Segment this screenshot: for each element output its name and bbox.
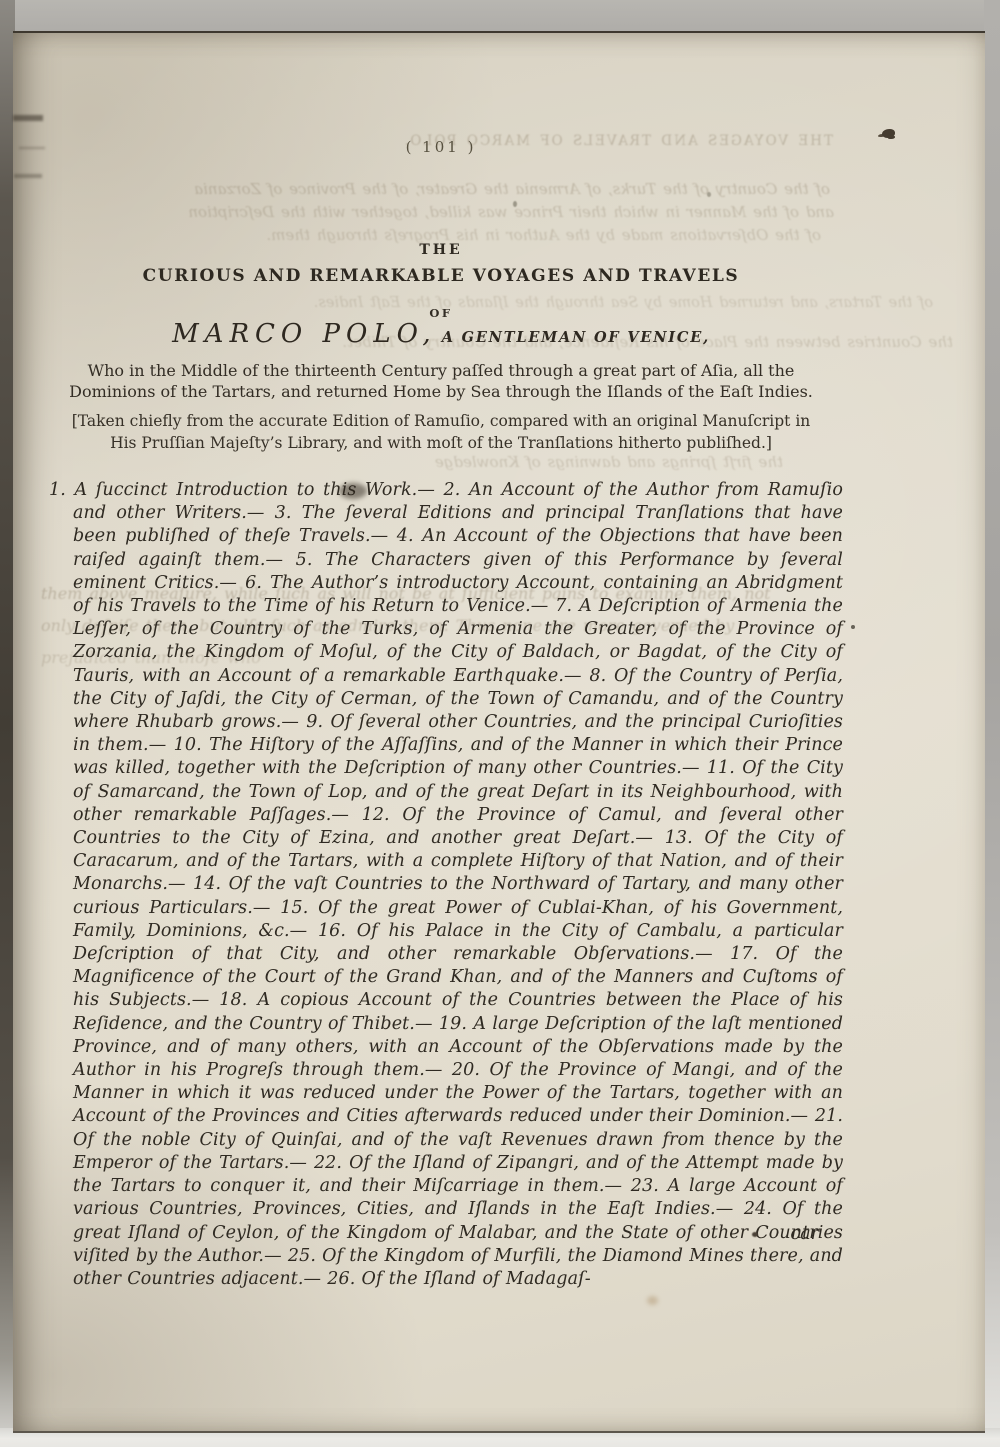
source-note: [Taken chiefly from the accurate Edition… (60, 411, 822, 454)
paper-speck (851, 625, 855, 629)
foxing-spot (647, 1296, 658, 1305)
gutter-ink-marks (13, 115, 43, 121)
paper-speck (707, 192, 711, 197)
paper-speck (513, 201, 517, 207)
catchword: car (49, 1224, 827, 1244)
desk-surface-right (984, 0, 1000, 1447)
subtitle: Who in the Middle of the thirteenth Cent… (52, 360, 830, 402)
table-of-contents: 1. A ſuccinct Introduction to this Work.… (49, 479, 843, 1291)
author-epithet: A GENTLEMAN OF VENICE, (442, 329, 710, 346)
page-title: CURIOUS AND REMARKABLE VOYAGES AND TRAVE… (46, 266, 836, 286)
desk-surface-top (0, 0, 1000, 34)
show-through-text: of the Country of the Turks, of Armenia … (65, 180, 830, 198)
ink-dot (752, 1232, 758, 1237)
show-through-text: and of the Manner in which their Prince … (59, 203, 834, 221)
title-of: OF (46, 306, 836, 320)
author-line: MARCO POLO, A GENTLEMAN OF VENICE, (46, 319, 836, 349)
title-kicker: THE (46, 242, 836, 258)
author-name: MARCO POLO, (172, 319, 437, 349)
ink-smudge (339, 483, 367, 499)
book-page: THE VOYAGES AND TRAVELS OF MARCO POLO.of… (13, 31, 985, 1433)
show-through-text: the firſt ſprings and dawnings of Knowle… (183, 453, 783, 471)
page-number: ( 101 ) (46, 138, 836, 156)
photo-backdrop: { "page": { "page_number": "( 101 )", "h… (0, 0, 1000, 1447)
ink-blot (882, 129, 895, 138)
